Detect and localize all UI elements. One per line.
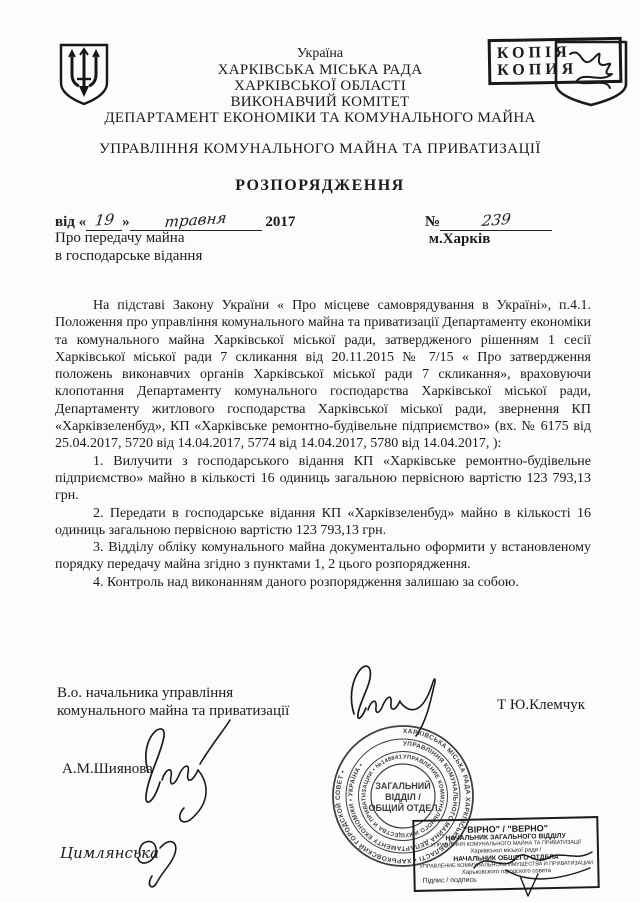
date-day-blank: 19 xyxy=(86,211,122,231)
date-quote-close: » xyxy=(122,214,130,230)
city-name: м.Харків xyxy=(429,231,491,247)
scanned-order-document: Україна ХАРКІВСЬКА МІСЬКА РАДА ХАРКІВСЬК… xyxy=(0,0,640,902)
number-group: №239 м.Харків xyxy=(425,211,610,248)
signer-position: В.о. начальника управління комунального … xyxy=(57,684,289,720)
division-name: УПРАВЛІННЯ КОМУНАЛЬНОГО МАЙНА ТА ПРИВАТИ… xyxy=(0,141,640,158)
date-year: 2017 xyxy=(265,214,295,230)
number-blank: 239 xyxy=(440,211,552,231)
meta-row: від «19»травня 2017 №239 м.Харків xyxy=(55,211,610,231)
document-type-title: РОЗПОРЯДЖЕННЯ xyxy=(0,177,640,195)
org-line-4: ДЕПАРТАМЕНТ ЕКОНОМІКИ ТА КОМУНАЛЬНОГО МА… xyxy=(0,110,640,126)
stamp-signature-ink xyxy=(468,842,600,900)
intro-paragraph: На підставі Закону України « Про місцеве… xyxy=(55,297,591,453)
overlapping-shield-stamp xyxy=(550,40,634,108)
signer-position-line-1: В.о. начальника управління xyxy=(57,684,289,702)
order-item-4: 4. Контроль над виконанням даного розпор… xyxy=(55,574,591,591)
date-month-blank: травня xyxy=(130,211,262,231)
number-label: № xyxy=(425,214,440,230)
org-line-3: ВИКОНАВЧИЙ КОМІТЕТ xyxy=(0,94,640,110)
subject-block: Про передачу майна в господарське віданн… xyxy=(55,230,202,265)
seal-center-line-1: ЗАГАЛЬНИЙ xyxy=(375,780,431,791)
handwritten-number: 239 xyxy=(481,210,512,230)
subject-line-1: Про передачу майна xyxy=(55,230,202,248)
order-body: На підставі Закону України « Про місцеве… xyxy=(55,297,591,591)
date-label: від « xyxy=(55,214,86,230)
order-item-1: 1. Вилучити з господарського відання КП … xyxy=(55,453,591,505)
order-item-2: 2. Передати в господарське відання КП «Х… xyxy=(55,505,591,540)
seal-center-line-3: ОБЩИЙ ОТДЕЛ xyxy=(368,802,437,813)
second-signature-ink xyxy=(118,716,250,828)
third-signature-ink xyxy=(126,828,198,890)
subject-line-2: в господарське відання xyxy=(55,248,202,266)
handwritten-day: 19 xyxy=(94,210,115,229)
seal-center-line-2: ВІДДІЛ / xyxy=(385,792,421,802)
handwritten-month: травня xyxy=(164,209,228,231)
order-item-3: 3. Відділу обліку комунального майна док… xyxy=(55,539,591,574)
signer-name: Т Ю.Клемчук xyxy=(497,697,585,714)
